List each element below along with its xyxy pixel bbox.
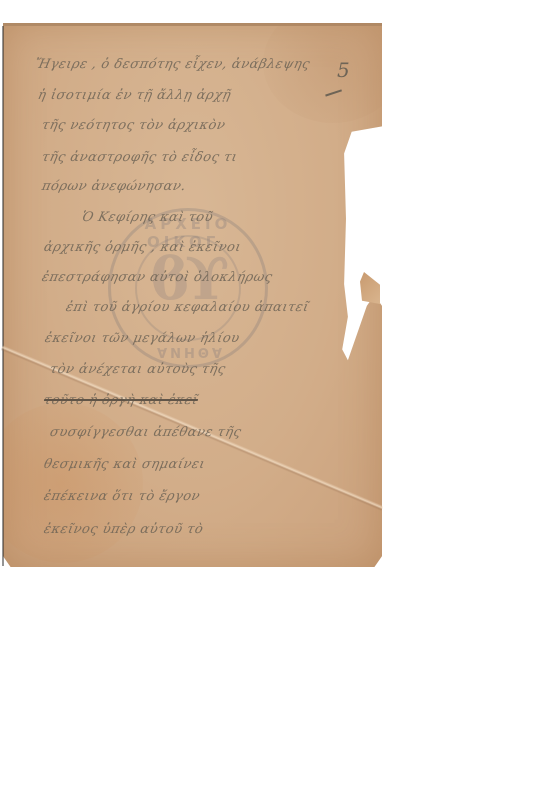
handwritten-line: ἡ ἰσοτιμία ἐν τῇ ἄλλῃ ἀρχῇ: [36, 88, 232, 103]
handwritten-line: τὸν ἀνέχεται αὐτοὺς τῆς: [48, 362, 227, 377]
torn-paper-flap: [360, 272, 380, 304]
scan-edge: [2, 26, 4, 566]
handwritten-line: ἐκεῖνοι τῶν μεγάλων ἡλίου: [43, 331, 241, 346]
handwritten-line: τῆς ἀναστροφῆς τὸ εἶδος τι: [40, 150, 238, 165]
handwritten-line: τῆς νεότητος τὸν ἀρχικὸν: [40, 118, 226, 133]
handwritten-line-struck: τοῦτο ἡ ὀργὴ καὶ ἐκεῖ: [42, 393, 199, 408]
handwritten-line: ἀρχικῆς ὁρμῆς , καὶ ἐκεῖνοι: [42, 240, 242, 255]
handwritten-line: ἐπεστράφησαν αὐτοὶ ὁλοκλήρως: [40, 270, 274, 285]
handwritten-line: συσφίγγεσθαι ἀπέθανε τῆς: [48, 425, 242, 440]
handwritten-line: Ἤγειρε , ὁ δεσπότης εἶχεν, ἀνάβλεψης: [33, 57, 311, 72]
handwritten-line: ἐπέκεινα ὅτι τὸ ἔργον: [42, 489, 201, 504]
handwritten-line: θεσμικῆς καὶ σημαίνει: [42, 457, 206, 472]
handwritten-line: ἐκεῖνος ὑπὲρ αὐτοῦ τὸ: [42, 522, 204, 537]
handwritten-line: ἐπὶ τοῦ ἀγρίου κεφαλαίου ἀπαιτεῖ: [64, 300, 310, 315]
handwritten-line: Ὁ Κεφίρης καὶ τοῦ: [80, 210, 214, 225]
handwritten-line: πόρων ἀνεφώνησαν.: [40, 179, 187, 194]
page-number: 5: [337, 58, 350, 82]
stamp-bottom-text: ΑΘΗΝΑ: [111, 344, 265, 359]
